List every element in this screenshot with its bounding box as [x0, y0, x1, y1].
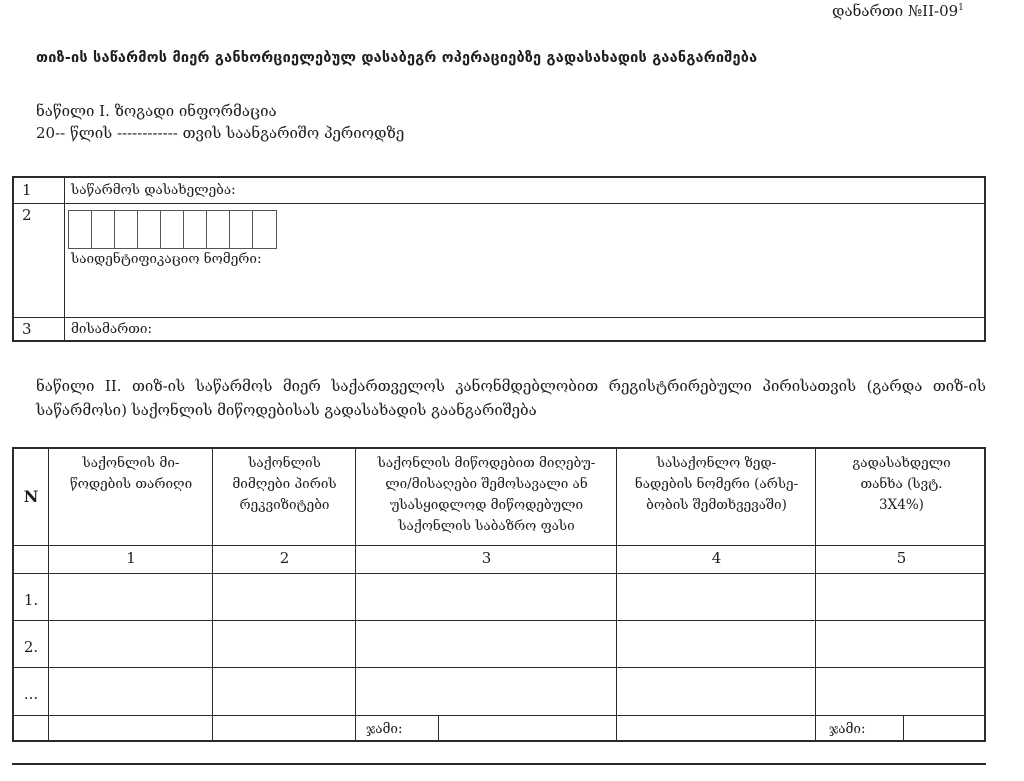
column-divider: [212, 449, 213, 740]
id-digit-box[interactable]: [184, 211, 207, 248]
row-number: 1: [22, 181, 32, 199]
header-delivery-date: საქონლის მი- წოდების თარიღი: [50, 453, 212, 495]
column-divider: [48, 449, 49, 740]
annex-superscript: 1: [958, 3, 964, 13]
n-column-header: N: [14, 487, 48, 506]
id-digit-box[interactable]: [230, 211, 253, 248]
column-number: 1: [50, 549, 212, 567]
annex-number: №II-09: [908, 2, 958, 20]
total-divider: [903, 715, 904, 740]
table-row-label: ...: [14, 685, 48, 703]
column-number: 3: [357, 549, 616, 567]
row-divider: [14, 715, 984, 716]
id-digit-box[interactable]: [161, 211, 184, 248]
column-number: 4: [618, 549, 815, 567]
tax-calculation-table: N საქონლის მი- წოდების თარიღი საქონლის მ…: [12, 447, 986, 742]
part2-heading: ნაწილი II. თიზ-ის საწარმოს მიერ საქართვე…: [36, 374, 986, 422]
header-recipient-details: საქონლის მიმღები პირის რეკვიზიტები: [214, 453, 355, 516]
part1-section: ნაწილი I. ზოგადი ინფორმაცია 20-- წლის --…: [36, 100, 404, 144]
id-digit-box[interactable]: [92, 211, 115, 248]
address-row[interactable]: 3 მისამართი:: [14, 317, 984, 342]
id-number-row: 2 საიდენტიფიკაციო ნომერი:: [14, 203, 984, 318]
id-digit-box[interactable]: [253, 211, 276, 248]
row-divider: [14, 667, 984, 668]
header-invoice-number: სასაქონლო ზედ- ნადების ნომერი (არსე- ბობ…: [618, 453, 815, 516]
total-divider: [438, 715, 439, 740]
column-divider: [616, 449, 617, 740]
total-label-income: ჯამი:: [366, 721, 403, 737]
annex-label: დანართი №II-091: [832, 2, 964, 20]
column-divider: [355, 449, 356, 740]
id-digit-box[interactable]: [115, 211, 138, 248]
annex-text: დანართი: [832, 2, 903, 20]
column-divider: [815, 449, 816, 740]
id-number-boxes[interactable]: [68, 210, 277, 249]
company-name-label: საწარმოს დასახელება:: [71, 182, 236, 198]
id-digit-box[interactable]: [69, 211, 92, 248]
bottom-rule: [12, 763, 986, 765]
header-income-market-price: საქონლის მიწოდებით მიღებუ- ლი/მისაღები შ…: [357, 453, 616, 537]
total-label-amount: ჯამი:: [829, 721, 866, 737]
id-number-label: საიდენტიფიკაციო ნომერი:: [71, 251, 262, 267]
column-number: 5: [817, 549, 986, 567]
general-info-table: 1 საწარმოს დასახელება: 2 საიდენტიფიკაციო…: [12, 176, 986, 342]
company-name-row[interactable]: 1 საწარმოს დასახელება:: [14, 178, 984, 204]
id-digit-box[interactable]: [138, 211, 161, 248]
row-number: 3: [22, 320, 32, 338]
table-row-label: 1.: [14, 591, 48, 609]
row-divider: [14, 620, 984, 621]
column-number: 2: [214, 549, 355, 567]
id-digit-box[interactable]: [207, 211, 230, 248]
table-row-label: 2.: [14, 638, 48, 656]
document-title: თიზ-ის საწარმოს მიერ განხორციელებულ დასა…: [36, 50, 757, 66]
row-divider: [14, 545, 984, 546]
header-amount-payable: გადასახდელი თანხა (სვტ. 3X4%): [817, 453, 986, 516]
part1-heading: ნაწილი I. ზოგადი ინფორმაცია: [36, 100, 404, 122]
address-label: მისამართი:: [71, 321, 152, 337]
reporting-period: 20-- წლის ------------ თვის საანგარიშო პ…: [36, 122, 404, 144]
row-number: 2: [22, 206, 32, 224]
row-divider: [14, 573, 984, 574]
